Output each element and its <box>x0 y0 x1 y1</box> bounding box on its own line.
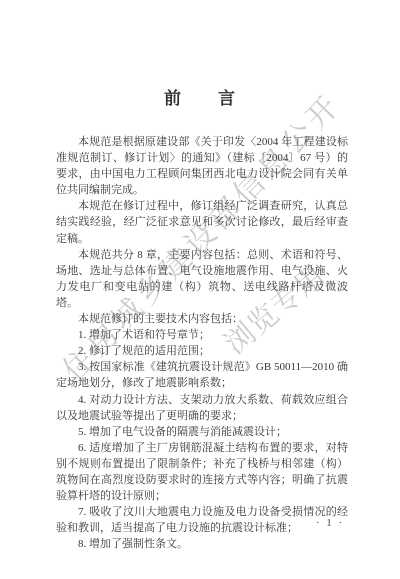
paragraph: 本规范共分 8 章，主要内容包括：总则、术语和符号、场地、选址与总体布置、电气设… <box>56 247 348 311</box>
paragraph: 5. 增加了电气设备的隔震与消能减震设计； <box>56 424 348 440</box>
paragraph: 4. 对动力设计方法、支架动力放大系数、荷载效应组合以及地震试验等提出了更明确的… <box>56 392 348 424</box>
paragraph: 本规范修订的主要技术内容包括： <box>56 311 348 327</box>
page-title: 前 言 <box>0 84 400 109</box>
paragraph: 8. 增加了强制性条文。 <box>56 536 348 552</box>
page-number: · 1 · <box>300 517 360 529</box>
paragraph: 3. 按国家标准《建筑抗震设计规范》GB 50011—2010 确定场地划分，修… <box>56 359 348 391</box>
preface-body: 本规范是根据原建设部《关于印发〈2004 年工程建设标准规范制订、修订计划〉的通… <box>56 134 348 552</box>
paragraph: 1. 增加了术语和符号章节； <box>56 327 348 343</box>
paragraph: 本规范是根据原建设部《关于印发〈2004 年工程建设标准规范制订、修订计划〉的通… <box>56 134 348 198</box>
document-page: 前 言 本规范是根据原建设部《关于印发〈2004 年工程建设标准规范制订、修订计… <box>0 0 400 579</box>
paragraph: 本规范在修订过程中，修订组经广泛调查研究，认真总结实践经验，经广泛征求意见和多次… <box>56 198 348 246</box>
paragraph: 6. 适度增加了主厂房钢筋混凝土结构布置的要求，对特别不规则布置提出了限制条件；… <box>56 440 348 504</box>
paragraph: 2. 修订了规范的适用范围； <box>56 343 348 359</box>
